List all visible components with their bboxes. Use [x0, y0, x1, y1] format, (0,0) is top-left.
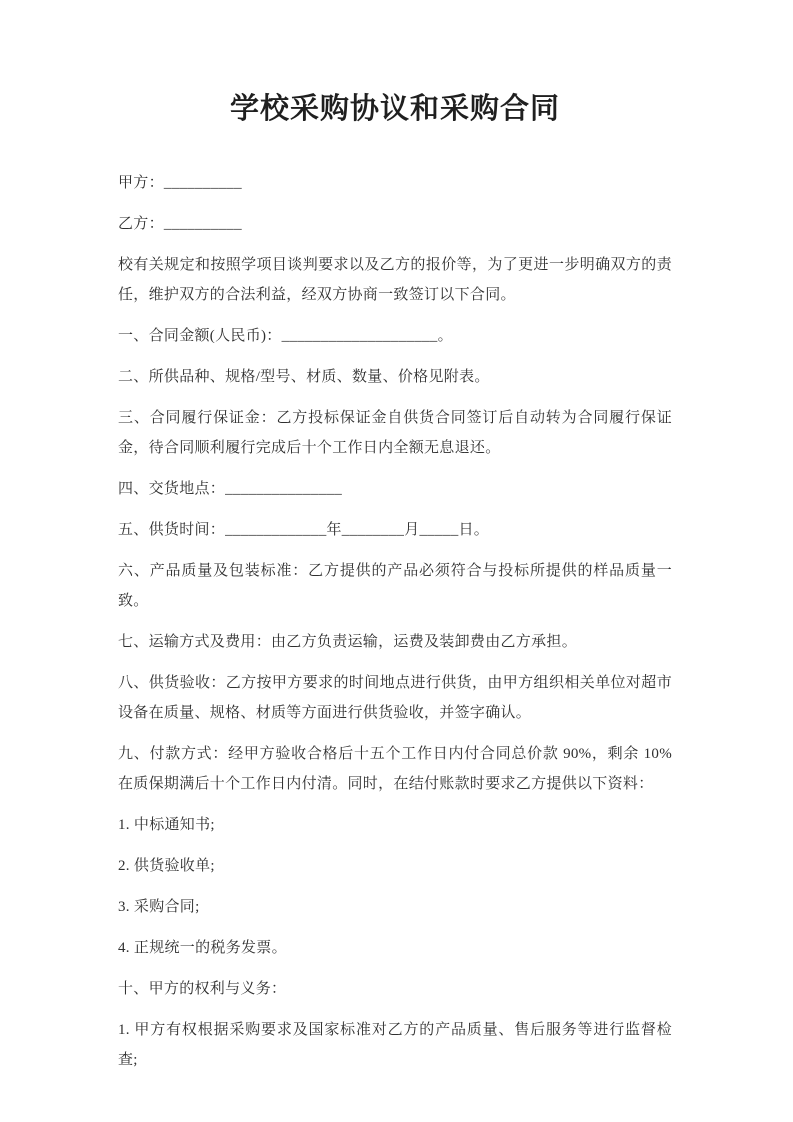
clause-2-supplied-items: 二、所供品种、规格/型号、材质、数量、价格见附表。: [118, 362, 672, 392]
payment-item-2: 2. 供货验收单;: [118, 851, 672, 881]
clause-3-performance-bond: 三、合同履行保证金：乙方投标保证金自供货合同签订后自动转为合同履行保证金，待合同…: [118, 403, 672, 463]
party-b-line: 乙方：__________: [118, 209, 672, 239]
document-title: 学校采购协议和采购合同: [118, 88, 672, 130]
payment-item-1: 1. 中标通知书;: [118, 810, 672, 840]
payment-item-4: 4. 正规统一的税务发票。: [118, 933, 672, 963]
payment-item-3: 3. 采购合同;: [118, 892, 672, 922]
clause-1-contract-amount: 一、合同金额(人民币)：____________________。: [118, 321, 672, 351]
document-page: 学校采购协议和采购合同 甲方：__________ 乙方：__________ …: [0, 0, 793, 1122]
clause-10-rights-obligations: 十、甲方的权利与义务：: [118, 974, 672, 1004]
clause-10-item-1: 1. 甲方有权根据采购要求及国家标准对乙方的产品质量、售后服务等进行监督检查;: [118, 1015, 672, 1075]
clause-7-transport-fees: 七、运输方式及费用：由乙方负责运输，运费及装卸费由乙方承担。: [118, 627, 672, 657]
clause-6-quality-packing: 六、产品质量及包装标准：乙方提供的产品必须符合与投标所提供的样品质量一致。: [118, 556, 672, 616]
clause-5-supply-time: 五、供货时间：_____________年________月_____日。: [118, 515, 672, 545]
party-a-line: 甲方：__________: [118, 168, 672, 198]
clause-8-acceptance: 八、供货验收：乙方按甲方要求的时间地点进行供货，由甲方组织相关单位对超市设备在质…: [118, 668, 672, 728]
clause-4-delivery-place: 四、交货地点：_______________: [118, 474, 672, 504]
preamble-paragraph: 校有关规定和按照学项目谈判要求以及乙方的报价等，为了更进一步明确双方的责任，维护…: [118, 250, 672, 310]
clause-9-payment-method: 九、付款方式：经甲方验收合格后十五个工作日内付合同总价款 90%，剩余 10%在…: [118, 739, 672, 799]
